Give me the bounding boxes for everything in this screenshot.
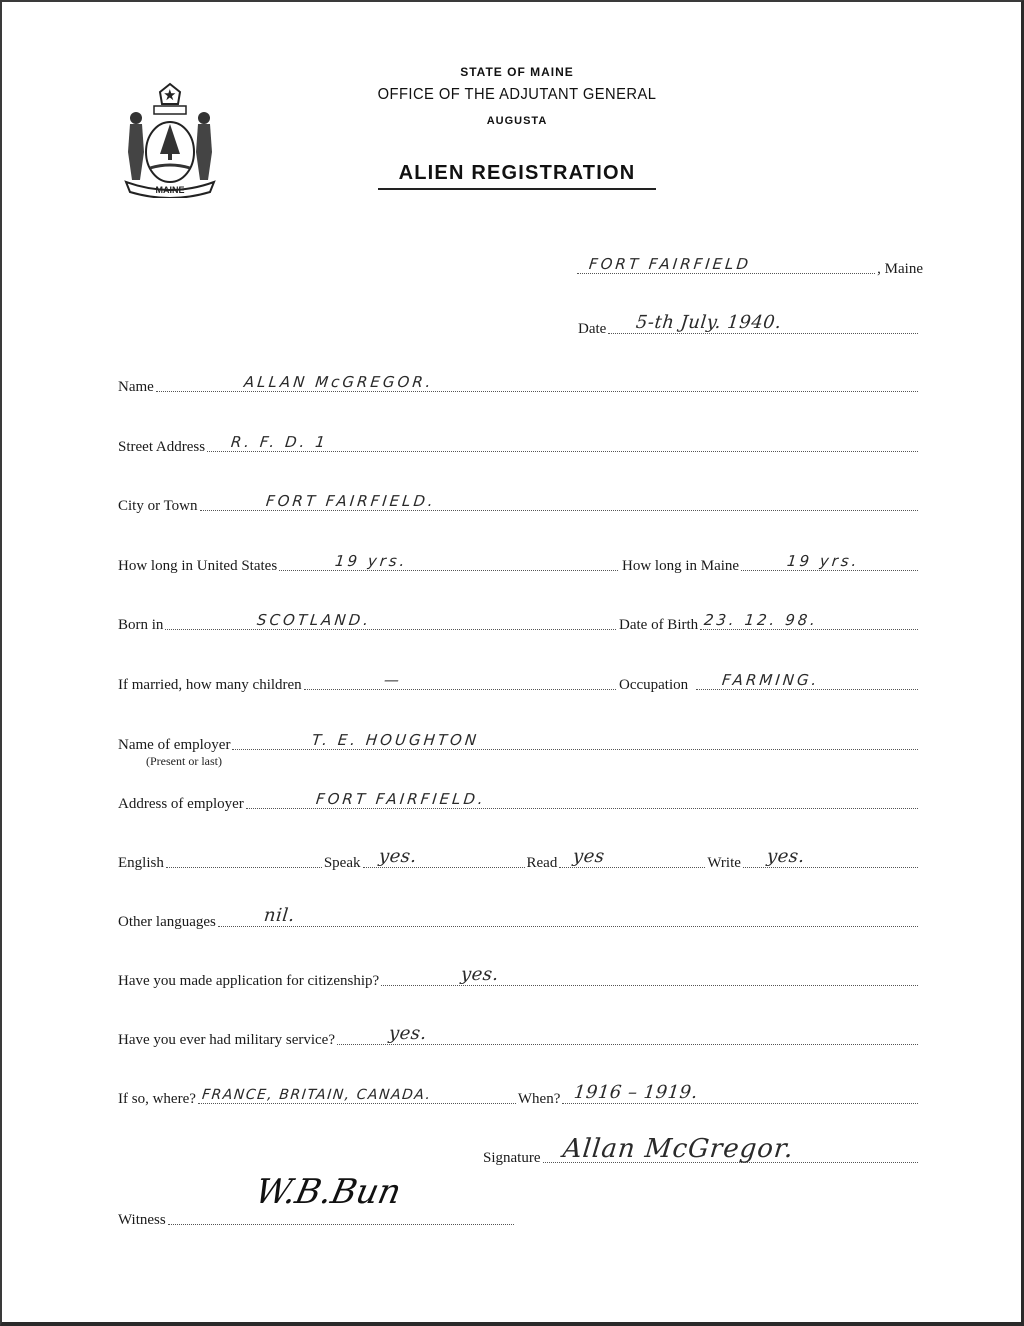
occupation-row: Occupation FARMING. xyxy=(619,670,920,694)
signature-label: Signature xyxy=(483,1150,541,1167)
where-value: FRANCE, BRITAIN, CANADA. xyxy=(201,1087,432,1103)
speak-field[interactable]: yes. xyxy=(363,845,525,868)
citizenship-field[interactable]: yes. xyxy=(381,963,918,986)
title-underline xyxy=(378,188,656,190)
dob-row: Date of Birth 23. 12. 98. xyxy=(619,610,920,634)
other-languages-value: nil. xyxy=(263,905,296,926)
born-in-field[interactable]: SCOTLAND. xyxy=(165,607,616,630)
street-field[interactable]: R. F. D. 1 xyxy=(207,429,918,452)
dob-value: 23. 12. 98. xyxy=(703,611,819,629)
when-value: 1916 – 1919. xyxy=(573,1082,699,1103)
page-title: ALIEN REGISTRATION xyxy=(0,162,1024,185)
children-value: — xyxy=(383,671,403,689)
read-field[interactable]: yes xyxy=(559,845,705,868)
military-value: yes. xyxy=(388,1023,428,1044)
date-label: Date xyxy=(578,321,606,338)
street-value: R. F. D. 1 xyxy=(230,433,329,451)
other-languages-label: Other languages xyxy=(118,914,216,931)
occupation-field[interactable]: FARMING. xyxy=(696,667,918,690)
name-label: Name xyxy=(118,379,154,396)
page-border xyxy=(0,0,1024,1326)
name-field[interactable]: ALLAN McGREGOR. xyxy=(156,369,918,392)
military-field[interactable]: yes. xyxy=(337,1022,918,1045)
header-city: AUGUSTA xyxy=(0,115,1024,127)
write-label: Write xyxy=(707,855,741,872)
employer-field[interactable]: T. E. HOUGHTON xyxy=(232,727,918,750)
date-row: Date 5-th July. 1940. xyxy=(578,314,920,338)
name-value: ALLAN McGREGOR. xyxy=(243,373,434,391)
signature-value: Allan McGregor. xyxy=(561,1134,795,1164)
employer-label: Name of employer xyxy=(118,737,230,754)
city-row: City or Town FORT FAIRFIELD. xyxy=(118,491,920,515)
employer-value: T. E. HOUGHTON xyxy=(312,731,481,749)
header-state: STATE OF MAINE xyxy=(0,65,1024,79)
service-row: If so, where? FRANCE, BRITAIN, CANADA. W… xyxy=(118,1084,920,1108)
city-field[interactable]: FORT FAIRFIELD. xyxy=(200,488,918,511)
employer-row: Name of employer T. E. HOUGHTON xyxy=(118,730,920,754)
other-languages-field[interactable]: nil. xyxy=(218,904,918,927)
citizenship-row: Have you made application for citizenshi… xyxy=(118,966,920,990)
employer-address-row: Address of employer FORT FAIRFIELD. xyxy=(118,789,920,813)
dob-label: Date of Birth xyxy=(619,617,698,634)
born-in-label: Born in xyxy=(118,617,163,634)
when-field[interactable]: 1916 – 1919. xyxy=(562,1081,918,1104)
employer-sublabel: (Present or last) xyxy=(146,754,222,769)
us-duration-label: How long in United States xyxy=(118,558,277,575)
us-duration-value: 19 yrs. xyxy=(334,552,408,570)
employer-address-field[interactable]: FORT FAIRFIELD. xyxy=(246,786,918,809)
place-suffix: , Maine xyxy=(877,261,923,278)
seal-banner-text: MAINE xyxy=(156,185,185,195)
header-office: OFFICE OF THE ADJUTANT GENERAL xyxy=(41,86,992,104)
maine-duration-label: How long in Maine xyxy=(622,558,739,575)
children-field[interactable]: — xyxy=(304,667,616,690)
witness-signature: W.B.Bun xyxy=(252,1172,405,1212)
us-duration-row: How long in United States 19 yrs. xyxy=(118,551,620,575)
where-field[interactable]: FRANCE, BRITAIN, CANADA. xyxy=(198,1081,516,1104)
city-value: FORT FAIRFIELD. xyxy=(265,492,437,510)
military-row: Have you ever had military service? yes. xyxy=(118,1025,920,1049)
city-label: City or Town xyxy=(118,498,198,515)
children-label: If married, how many children xyxy=(118,677,302,694)
write-value: yes. xyxy=(766,846,806,867)
maine-duration-field[interactable]: 19 yrs. xyxy=(741,548,918,571)
street-label: Street Address xyxy=(118,439,205,456)
place-row: FORT FAIRFIELD , Maine xyxy=(575,254,923,278)
dob-field[interactable]: 23. 12. 98. xyxy=(700,607,918,630)
other-languages-row: Other languages nil. xyxy=(118,907,920,931)
date-field[interactable]: 5-th July. 1940. xyxy=(608,311,918,334)
date-value: 5-th July. 1940. xyxy=(635,312,783,333)
born-in-row: Born in SCOTLAND. xyxy=(118,610,618,634)
born-in-value: SCOTLAND. xyxy=(256,611,372,629)
signature-row: Signature Allan McGregor. xyxy=(483,1143,920,1167)
maine-duration-row: How long in Maine 19 yrs. xyxy=(622,551,920,575)
us-duration-field[interactable]: 19 yrs. xyxy=(279,548,618,571)
military-label: Have you ever had military service? xyxy=(118,1032,335,1049)
children-row: If married, how many children — xyxy=(118,670,618,694)
english-dots xyxy=(166,845,322,868)
street-row: Street Address R. F. D. 1 xyxy=(118,432,920,456)
when-label: When? xyxy=(518,1091,560,1108)
write-field[interactable]: yes. xyxy=(743,845,918,868)
employer-address-value: FORT FAIRFIELD. xyxy=(315,790,487,808)
place-value: FORT FAIRFIELD xyxy=(588,255,752,273)
where-label: If so, where? xyxy=(118,1091,196,1108)
speak-label: Speak xyxy=(324,855,361,872)
name-row: Name ALLAN McGREGOR. xyxy=(118,372,920,396)
read-value: yes xyxy=(572,846,606,867)
citizenship-label: Have you made application for citizenshi… xyxy=(118,973,379,990)
signature-field[interactable]: Allan McGregor. xyxy=(543,1140,919,1163)
place-field[interactable]: FORT FAIRFIELD xyxy=(577,251,875,274)
witness-label: Witness xyxy=(118,1212,166,1229)
citizenship-value: yes. xyxy=(460,964,500,985)
occupation-label: Occupation xyxy=(619,677,688,694)
employer-address-label: Address of employer xyxy=(118,796,244,813)
occupation-value: FARMING. xyxy=(721,671,820,689)
maine-duration-value: 19 yrs. xyxy=(786,552,860,570)
read-label: Read xyxy=(527,855,558,872)
english-row: English Speak yes. Read yes Write yes. xyxy=(118,848,920,872)
english-label: English xyxy=(118,855,164,872)
speak-value: yes. xyxy=(377,846,417,867)
